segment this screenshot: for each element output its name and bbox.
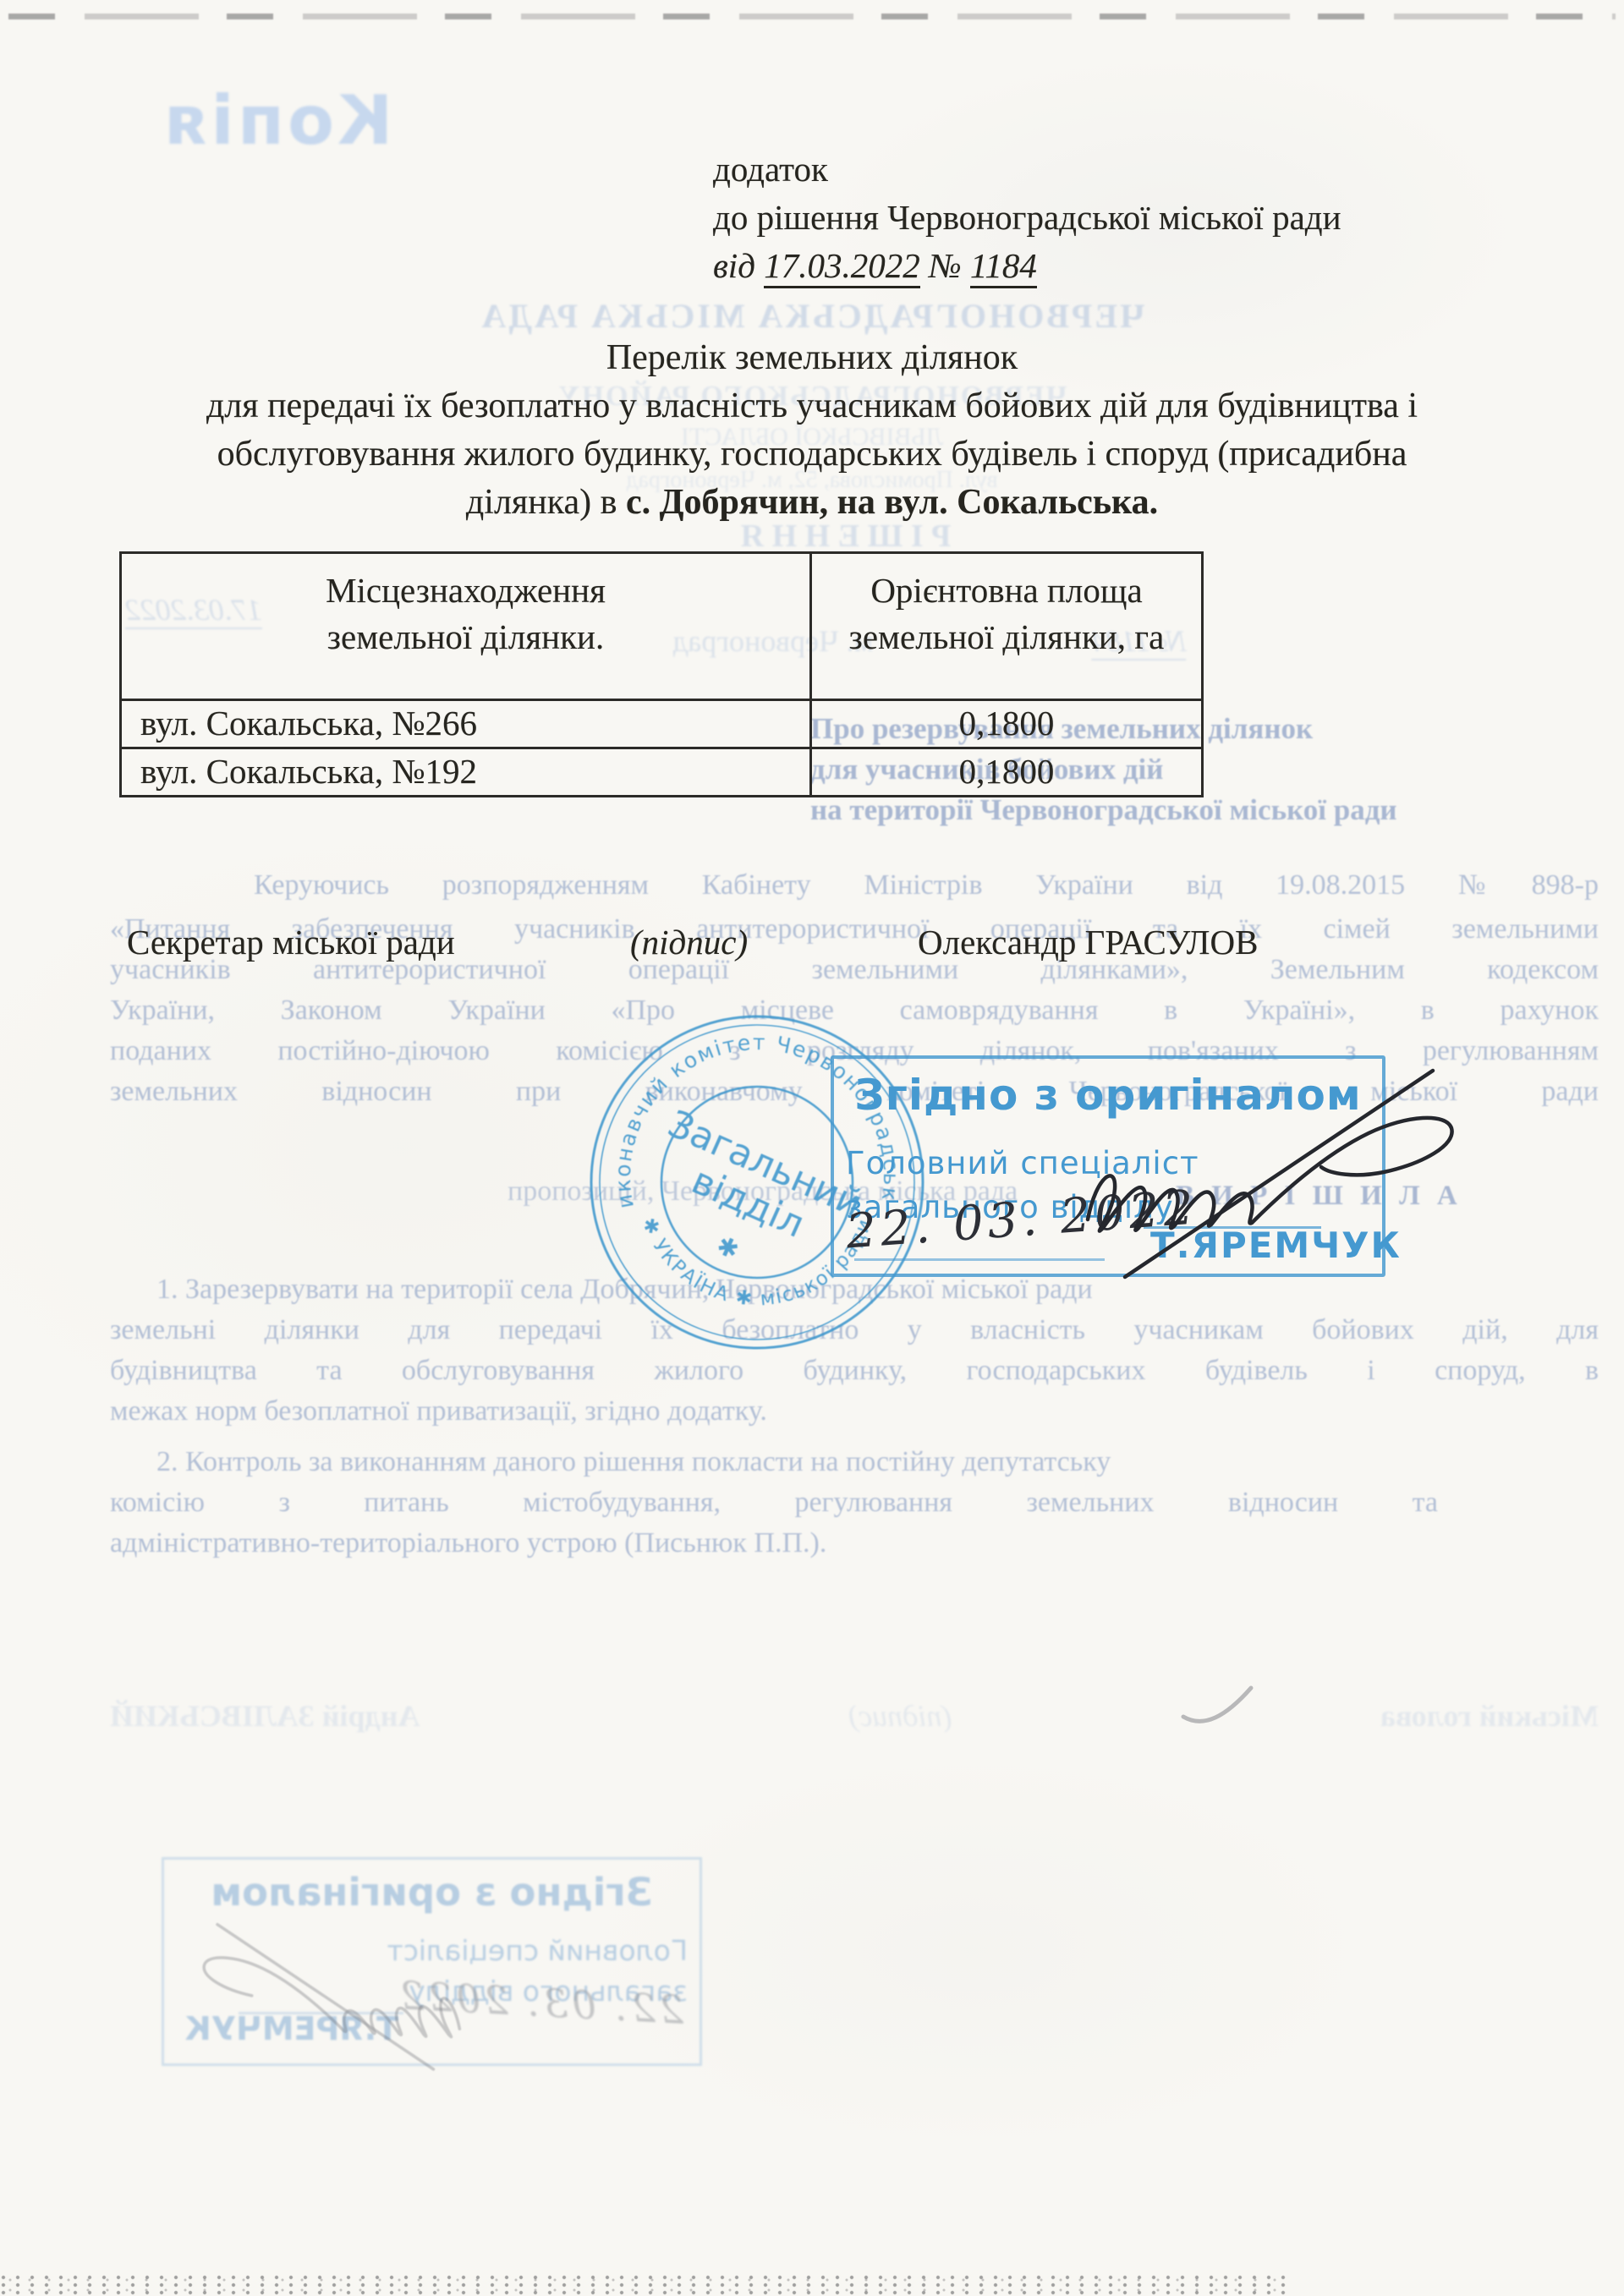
scanned-document-page: Копія ЧЕРВОНОГРАДСЬКА МІСЬКА РАДА ЧЕРВОН… <box>0 0 1624 2296</box>
table-header-row: Місцезнаходження земельної ділянки. Оріє… <box>121 553 1203 700</box>
signature-placeholder: (підпис) <box>630 922 748 962</box>
ghost-line: межах норм безоплатної приватизації, згі… <box>110 1395 767 1427</box>
ghost-council-caps: ЧЕРВОНОГРАДСЬКА МІСЬКА РАДА <box>389 296 1235 336</box>
parcel-location-cell: вул. Сокальська, №192 <box>121 748 811 797</box>
doc-subtitle-line: для передачі їх безоплатно у власність у… <box>51 382 1573 430</box>
header-area-line1: Орієнтовна площа <box>813 567 1200 614</box>
ghost-mayor-name: Андрій ЗАЛІВСЬКИЙ <box>110 1698 420 1734</box>
doc-subtitle-normal: ділянка) в <box>466 483 626 522</box>
secretary-name: Олександр ГРАСУЛОВ <box>918 922 1258 962</box>
ghost-mayor-podpys: (підпис) <box>848 1698 952 1734</box>
doc-title: Перелік земельних ділянок <box>51 334 1573 382</box>
table-header-area: Орієнтовна площа земельної ділянки, га <box>811 553 1203 700</box>
parcel-location-cell: вул. Сокальська, №266 <box>121 700 811 748</box>
doc-subtitle-line: обслуговування жилого будинку, господарс… <box>51 430 1573 479</box>
doc-subtitle-location: с. Добрячин, на вул. Сокальська. <box>626 483 1158 522</box>
doc-title-block: Перелік земельних ділянок для передачі ї… <box>51 334 1573 527</box>
appendix-block: додаток до рішення Червоноградської місь… <box>713 145 1341 290</box>
ghost-line: Керуючись розпорядженням Кабінету Мініст… <box>254 869 1599 901</box>
appendix-number-sign: № <box>929 246 962 285</box>
secretary-role: Секретар міської ради <box>127 922 455 962</box>
scan-bottom-edge-artifact <box>0 2273 1286 2296</box>
ghost-mayor-line: Міський голова (підпис) Андрій ЗАЛІВСЬКИ… <box>110 1698 1599 1734</box>
table-row: вул. Сокальська, №192 0,1800 <box>121 748 1203 797</box>
header-area-line2: земельної ділянки, га <box>813 614 1200 660</box>
ghost-line: 2. Контроль за виконанням даного рішення… <box>156 1446 1111 1478</box>
ghost-line: на території Червоноградської міської ра… <box>810 793 1397 827</box>
scan-top-edge-artifact <box>8 14 1616 19</box>
copy-watermark-mirrored: Копія <box>161 81 392 160</box>
ghost-line: будівництва та обслуговування жилого буд… <box>110 1355 1599 1387</box>
header-location-line1: Місцезнаходження <box>123 567 809 614</box>
parcel-area-cell: 0,1800 <box>811 748 1203 797</box>
appendix-date-prefix: від <box>713 246 755 285</box>
handwritten-signature <box>1064 1047 1546 1288</box>
appendix-date-line: від 17.03.2022 № 1184 <box>713 242 1341 290</box>
table-header-location: Місцезнаходження земельної ділянки. <box>121 553 811 700</box>
ghost-mayor-role: Міський голова <box>1380 1698 1599 1734</box>
appendix-number: 1184 <box>970 246 1037 288</box>
round-stamp-star: ✱ <box>712 1230 743 1266</box>
bleed-through-signature <box>108 1908 506 2077</box>
doc-subtitle-line: ділянка) в с. Добрячин, на вул. Сокальсь… <box>51 479 1573 527</box>
appendix-label: додаток <box>713 145 1341 194</box>
table-row: вул. Сокальська, №266 0,1800 <box>121 700 1203 748</box>
appendix-reference: до рішення Червоноградської міської ради <box>713 194 1341 242</box>
ghost-line: комісію з питань містобудування, регулюв… <box>110 1487 1438 1519</box>
header-location-line2: земельної ділянки. <box>123 614 809 660</box>
land-parcels-table: Місцезнаходження земельної ділянки. Оріє… <box>119 551 1204 797</box>
ghost-line: адміністративно-територіального устрою (… <box>110 1527 826 1559</box>
appendix-date: 17.03.2022 <box>764 246 920 288</box>
parcel-area-cell: 0,1800 <box>811 700 1203 748</box>
